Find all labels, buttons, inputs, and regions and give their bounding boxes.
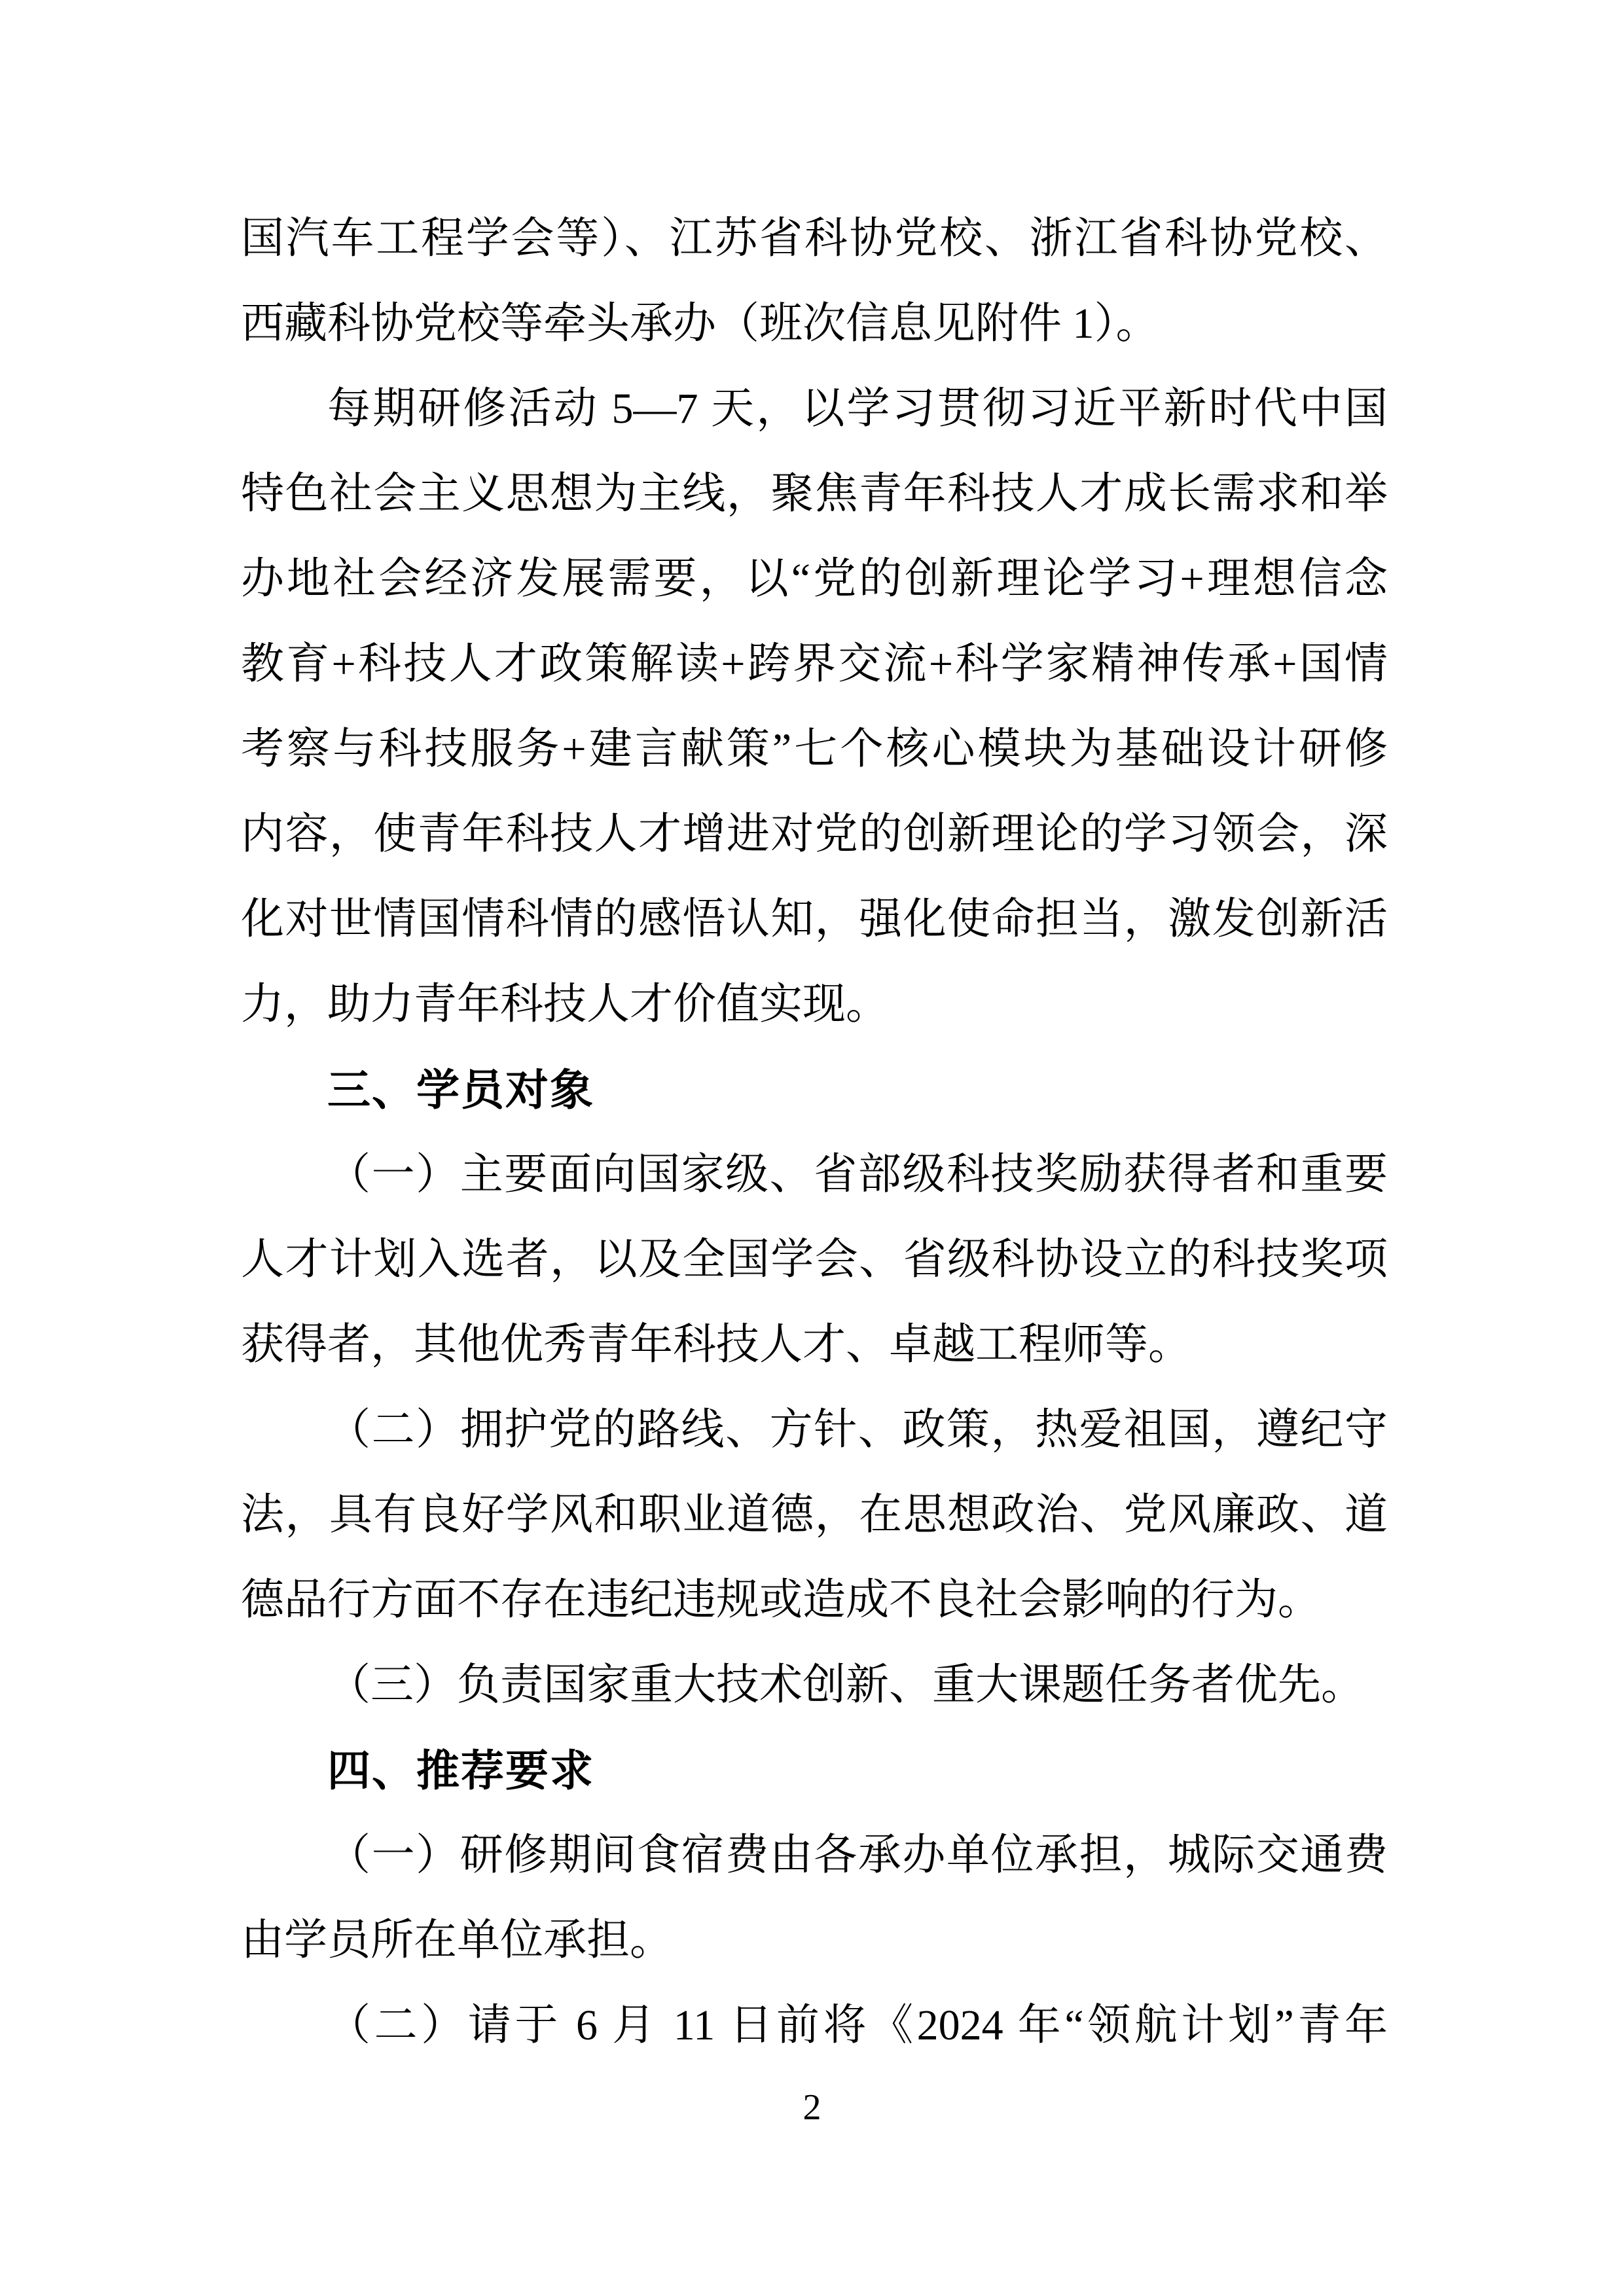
text-line: 德品行方面不存在违纪违规或造成不良社会影响的行为。: [241, 1558, 1388, 1643]
text-line: 内容，使青年科技人才增进对党的创新理论的学习领会，深: [241, 792, 1388, 877]
text-line: （二）请于 6 月 11 日前将《2024 年“领航计划”青年: [241, 1983, 1388, 2068]
text-line: 西藏科协党校等牵头承办（班次信息见附件 1）。: [241, 281, 1388, 367]
text-line: （一）研修期间食宿费由各承办单位承担，城际交通费: [241, 1813, 1388, 1898]
text-line: 由学员所在单位承担。: [241, 1898, 1388, 1983]
document-page: 国汽车工程学会等）、江苏省科协党校、浙江省科协党校、西藏科协党校等牵头承办（班次…: [0, 0, 1624, 2296]
text-line: 办地社会经济发展需要，以“党的创新理论学习+理想信念: [241, 537, 1388, 622]
text-line: （一）主要面向国家级、省部级科技奖励获得者和重要: [241, 1132, 1388, 1217]
text-line: 化对世情国情科情的感悟认知，强化使命担当，激发创新活: [241, 877, 1388, 962]
text-line: （二）拥护党的路线、方针、政策，热爱祖国，遵纪守: [241, 1388, 1388, 1473]
text-line: 每期研修活动 5—7 天，以学习贯彻习近平新时代中国: [241, 367, 1388, 452]
text-line: 考察与科技服务+建言献策”七个核心模块为基础设计研修: [241, 707, 1388, 792]
section-heading: 三、学员对象: [241, 1047, 1388, 1132]
text-line: 特色社会主义思想为主线，聚焦青年科技人才成长需求和举: [241, 452, 1388, 537]
text-line: 教育+科技人才政策解读+跨界交流+科学家精神传承+国情: [241, 622, 1388, 707]
text-line: 力，助力青年科技人才价值实现。: [241, 962, 1388, 1047]
text-line: 获得者，其他优秀青年科技人才、卓越工程师等。: [241, 1302, 1388, 1388]
section-heading: 四、推荐要求: [241, 1728, 1388, 1813]
text-line: 国汽车工程学会等）、江苏省科协党校、浙江省科协党校、: [241, 196, 1388, 281]
page-number: 2: [0, 2081, 1624, 2134]
text-line: 人才计划入选者，以及全国学会、省级科协设立的科技奖项: [241, 1217, 1388, 1302]
text-line: （三）负责国家重大技术创新、重大课题任务者优先。: [241, 1643, 1388, 1728]
text-line: 法，具有良好学风和职业道德，在思想政治、党风廉政、道: [241, 1473, 1388, 1558]
document-body: 国汽车工程学会等）、江苏省科协党校、浙江省科协党校、西藏科协党校等牵头承办（班次…: [241, 196, 1388, 2068]
